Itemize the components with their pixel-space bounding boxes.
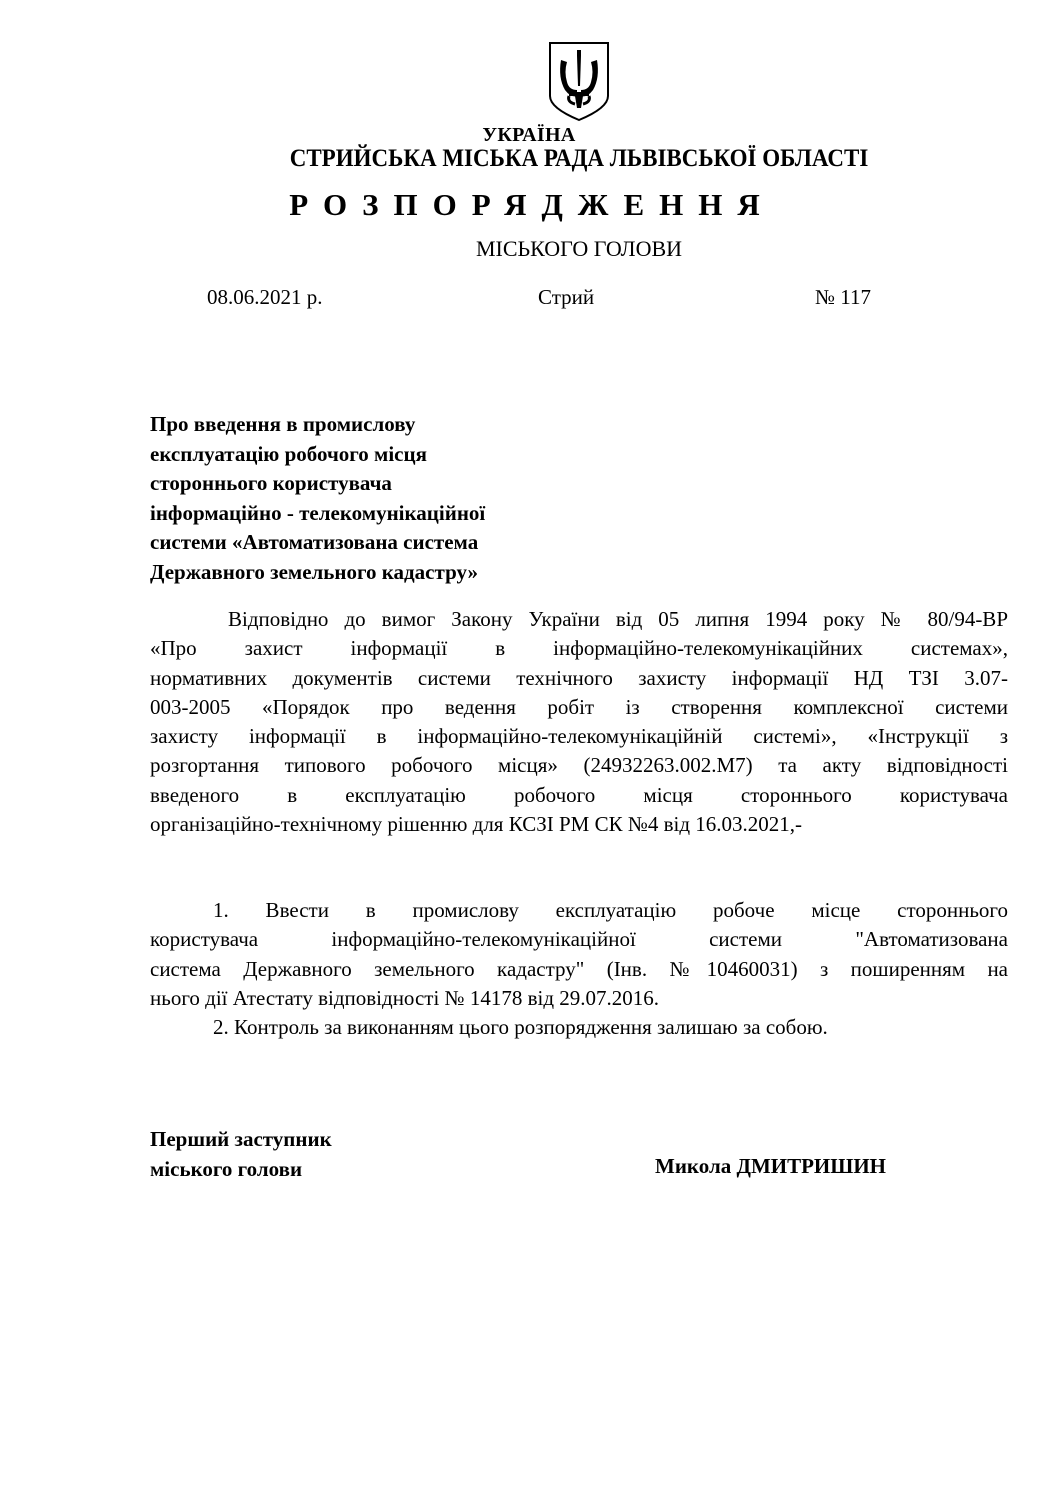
subject-line: стороннього користувача bbox=[150, 469, 580, 499]
preamble-line: захисту інформації в інформаційно-телеко… bbox=[150, 722, 1008, 751]
preamble-paragraph: Відповідно до вимог Закону України від 0… bbox=[150, 605, 1008, 839]
signatory-title: Перший заступник міського голови bbox=[150, 1124, 332, 1184]
preamble-line: введеного в експлуатацію робочого місця … bbox=[150, 781, 1008, 810]
order-item-1-line: 1. Ввести в промислову експлуатацію робо… bbox=[150, 896, 1008, 925]
document-subject: Про введення в промислову експлуатацію р… bbox=[150, 410, 580, 587]
order-item-1-line: користувача інформаційно-телекомунікацій… bbox=[150, 925, 1008, 954]
order-item-2: 2. Контроль за виконанням цього розпоряд… bbox=[150, 1013, 1008, 1042]
preamble-line: Відповідно до вимог Закону України від 0… bbox=[150, 605, 1008, 634]
preamble-line: розгортання типового робочого місця» (24… bbox=[150, 751, 1008, 780]
document-place: Стрий bbox=[538, 285, 594, 310]
order-items: 1. Ввести в промислову експлуатацію робо… bbox=[150, 896, 1008, 1042]
document-date: 08.06.2021 р. bbox=[207, 285, 323, 310]
signatory-title-line: Перший заступник bbox=[150, 1124, 332, 1154]
order-item-1-line: система Державного земельного кадастру" … bbox=[150, 955, 1008, 984]
document-type-title: РОЗПОРЯДЖЕННЯ bbox=[262, 187, 802, 223]
council-heading: СТРИЙСЬКА МІСЬКА РАДА ЛЬВІВСЬКОЇ ОБЛАСТІ bbox=[46, 145, 1058, 173]
order-item-1-line: нього дії Атестату відповідності № 14178… bbox=[150, 984, 1008, 1013]
signatory-title-line: міського голови bbox=[150, 1154, 332, 1184]
issuer-heading: МІСЬКОГО ГОЛОВИ bbox=[0, 236, 1058, 262]
preamble-line: нормативних документів системи технічног… bbox=[150, 664, 1008, 693]
document-number: № 117 bbox=[815, 285, 871, 310]
preamble-line: організаційно-технічному рішенню для КСЗ… bbox=[150, 810, 1008, 839]
subject-line: інформаційно - телекомунікаційної bbox=[150, 499, 580, 529]
subject-line: системи «Автоматизована система bbox=[150, 528, 580, 558]
country-heading: УКРАЇНА bbox=[0, 124, 1058, 147]
preamble-line: «Про захист інформації в інформаційно-те… bbox=[150, 634, 1008, 663]
preamble-line: 003-2005 «Порядок про ведення робіт із с… bbox=[150, 693, 1008, 722]
signatory-name: Микола ДМИТРИШИН bbox=[655, 1154, 886, 1179]
coat-of-arms-icon bbox=[547, 40, 611, 122]
subject-line: Про введення в промислову bbox=[150, 410, 580, 440]
subject-line: експлуатацію робочого місця bbox=[150, 440, 580, 470]
subject-line: Державного земельного кадастру» bbox=[150, 558, 580, 588]
